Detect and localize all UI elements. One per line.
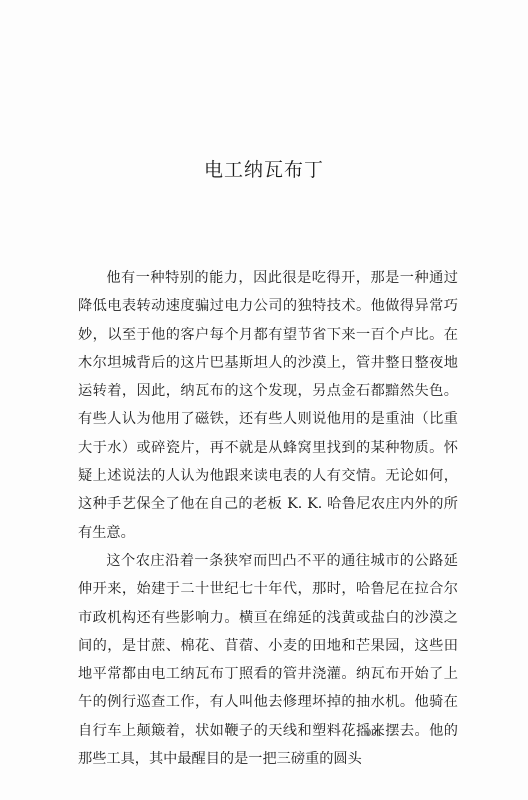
paragraph: 这个农庄沿着一条狭窄而凹凸不平的通往城市的公路延伸开来，始建于二十世纪七十年代，… <box>78 547 458 773</box>
paragraph: 他有一种特别的能力，因此很是吃得开，那是一种通过降低电表转动速度骗过电力公司的独… <box>78 264 458 547</box>
chapter-title: 电工纳瓦布丁 <box>0 155 528 182</box>
page-number: 001 <box>366 728 383 739</box>
book-page: 电工纳瓦布丁 他有一种特别的能力，因此很是吃得开，那是一种通过降低电表转动速度骗… <box>0 0 528 800</box>
body-text: 他有一种特别的能力，因此很是吃得开，那是一种通过降低电表转动速度骗过电力公司的独… <box>78 264 458 773</box>
